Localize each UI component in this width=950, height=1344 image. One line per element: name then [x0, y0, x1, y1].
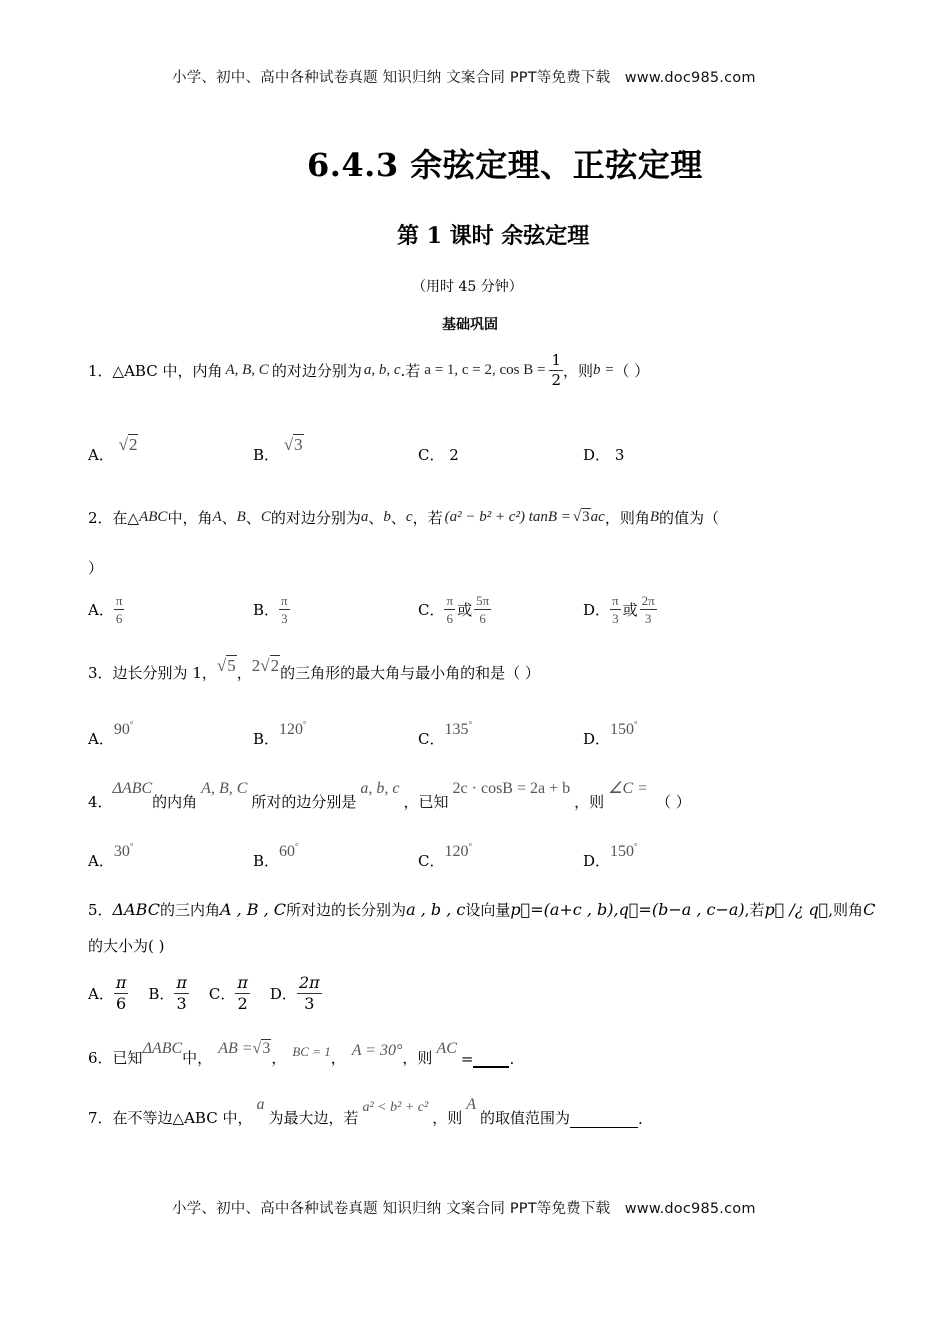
- option-a[interactable]: A．30°: [88, 850, 133, 871]
- question-4: 4． ΔABC 的内角 A, B, C 所对的边分别是 a, b, c ，已知 …: [88, 772, 691, 812]
- question-5: 5． ΔABC 的三内角 A , B , C 所对边的长分别为 a , b , …: [88, 896, 875, 922]
- option-a[interactable]: A． π6: [88, 594, 124, 625]
- sqrt-icon: √3: [573, 509, 591, 526]
- option-b[interactable]: B．120°: [253, 728, 307, 749]
- page-title: 6.4.3 余弦定理、正弦定理: [307, 140, 703, 186]
- option-d[interactable]: D． 2π3: [270, 975, 322, 1012]
- q2-options: A． π6 B． π3 C． π6 或 5π6 D． π3 或 2π3: [0, 592, 950, 632]
- footer-text: 小学、初中、高中各种试卷真题 知识归纳 文案合同 PPT等免费下载: [172, 1201, 610, 1217]
- option-c[interactable]: C．120°: [418, 850, 472, 871]
- page-subtitle: 第 1 课时 余弦定理: [397, 219, 589, 250]
- fraction: 1 2: [549, 353, 563, 388]
- condition: (a² − b² + c²) tanB =: [445, 509, 571, 526]
- section-heading: 基础巩固: [442, 314, 498, 334]
- q5-line2: 的大小为( ): [88, 935, 164, 956]
- time-note: （用时 45 分钟）: [412, 276, 523, 296]
- condition: a² < b² + c²: [362, 1100, 428, 1116]
- option-b[interactable]: B．60°: [253, 850, 299, 871]
- page-footer: 小学、初中、高中各种试卷真题 知识归纳 文案合同 PPT等免费下载 www.do…: [172, 1197, 756, 1218]
- option-b[interactable]: B． π3: [253, 594, 290, 625]
- option-a[interactable]: A． π6: [88, 975, 128, 1012]
- header-site-link[interactable]: www.doc985.com: [625, 70, 756, 86]
- option-d[interactable]: D．150°: [583, 728, 638, 749]
- question-2: 2． 在△ ABC 中，角 A、B、C 的对边分别为 a、b、c ，若 (a² …: [88, 500, 719, 534]
- header-text: 小学、初中、高中各种试卷真题 知识归纳 文案合同 PPT等免费下载: [172, 70, 610, 86]
- question-1: 1． △ABC 中，内角 A, B, C 的对边分别为 a, b, c .若 a…: [88, 345, 649, 395]
- sqrt-icon: √3: [253, 1040, 272, 1058]
- option-d[interactable]: D． 3: [583, 444, 624, 465]
- page-header: 小学、初中、高中各种试卷真题 知识归纳 文案合同 PPT等免费下载 www.do…: [172, 66, 756, 87]
- option-c[interactable]: C．135°: [418, 728, 472, 749]
- answer-blank[interactable]: [473, 1050, 509, 1068]
- q5-options: A． π6 B． π3 C． π2 D． 2π3: [88, 970, 322, 1016]
- option-a[interactable]: A． √2: [88, 444, 138, 465]
- sqrt-icon: √2: [119, 435, 139, 455]
- q3-options: A．90° B．120° C．135° D．150°: [0, 716, 950, 746]
- condition: a = 1, c = 2, cos B =: [424, 362, 545, 379]
- option-c[interactable]: C． π6 或 5π6: [418, 594, 491, 625]
- footer-site-link[interactable]: www.doc985.com: [625, 1201, 756, 1217]
- option-d[interactable]: D． π3 或 2π3: [583, 594, 657, 625]
- option-b[interactable]: B． π3: [148, 975, 189, 1012]
- q1-options: A． √2 B． √3 C． 2 D． 3: [0, 438, 950, 468]
- condition: 2c · cosB = 2a + b: [453, 780, 571, 798]
- option-a[interactable]: A．90°: [88, 728, 133, 749]
- option-b[interactable]: B． √3: [253, 444, 304, 465]
- option-d[interactable]: D．150°: [583, 850, 638, 871]
- q2-wrap: ）: [88, 557, 103, 578]
- question-3: 3． 边长分别为 1， √5 ， 2√2 的三角形的最大角与最小角的和是（ ）: [88, 655, 540, 689]
- sqrt-icon: √3: [284, 435, 304, 455]
- question-7: 7． 在不等边△ABC 中， a 为最大边，若 a² < b² + c² ，则 …: [88, 1094, 643, 1128]
- answer-blank[interactable]: [570, 1111, 638, 1128]
- question-6: 6． 已知 ΔABC 中， AB = √3 ， BC = 1 ， A = 30°…: [88, 1034, 514, 1068]
- option-c[interactable]: C． π2: [209, 975, 250, 1012]
- sqrt-icon: √5: [217, 656, 237, 676]
- q4-options: A．30° B．60° C．120° D．150°: [0, 838, 950, 868]
- option-c[interactable]: C． 2: [418, 444, 459, 465]
